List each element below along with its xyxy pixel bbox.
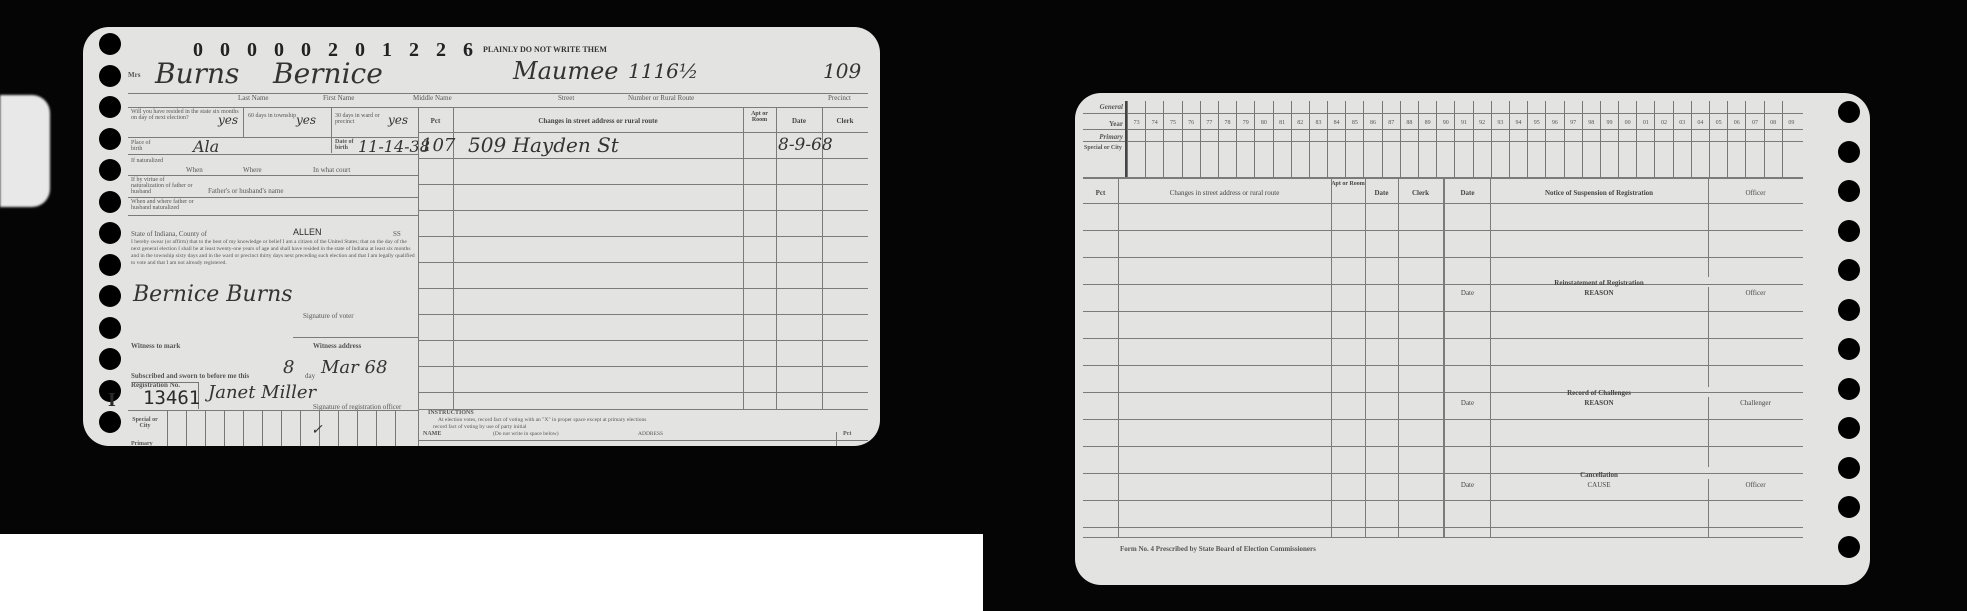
year-column: 88 [1400, 101, 1418, 177]
year-label: 09 [1783, 120, 1800, 126]
year-column: 71 [376, 410, 395, 446]
year-column: 01 [1636, 101, 1654, 177]
county-value: ALLEN [293, 227, 322, 237]
year-column: 84 [1327, 101, 1345, 177]
year-label: 93 [1492, 120, 1509, 126]
year-column: 03 [1673, 101, 1691, 177]
registration-number: 13461 [143, 387, 200, 409]
table-row-line [1083, 365, 1803, 366]
year-label: 76 [1183, 120, 1200, 126]
street-label: Street [558, 94, 574, 102]
year-column: 72 [395, 410, 414, 446]
witness-mark-label: Witness to mark [131, 342, 180, 350]
year-label: 03 [1674, 120, 1691, 126]
punch-hole [1838, 101, 1860, 123]
back-header-pct: Pct [1083, 189, 1118, 197]
changes-header-pct: Pct [418, 117, 453, 125]
year-label: 92 [1474, 120, 1491, 126]
grid-label-general-back: General [1083, 103, 1123, 111]
witness-address-label: Witness address [313, 342, 361, 350]
punch-hole [99, 317, 121, 339]
grid-label-special-back: Special or City [1083, 145, 1123, 151]
year-label: 06 [1728, 120, 1745, 126]
year-column: 82 [1291, 101, 1309, 177]
title-prefix: Mrs [128, 71, 140, 79]
year-label: 07 [1746, 120, 1763, 126]
reinstatement-header-officer: Officer [1708, 289, 1803, 297]
year-column: 00 [1618, 101, 1636, 177]
year-label: 87 [1383, 120, 1400, 126]
punch-hole [1838, 457, 1860, 479]
challenges-header-date: Date [1445, 399, 1490, 407]
year-label: 05 [1710, 120, 1727, 126]
cancellation-header-officer: Officer [1708, 481, 1803, 489]
year-label: 83 [1310, 120, 1327, 126]
year-column: 98 [1582, 101, 1600, 177]
year-column: 65 [262, 410, 281, 446]
primary-mark: ✓ [311, 422, 323, 438]
changes-header-date: Date [776, 117, 822, 125]
table-row-line [1083, 527, 1803, 528]
subscribed-label: Subscribed and sworn to before me this [131, 372, 249, 380]
year-column: 62 [205, 410, 224, 446]
first-name-label: First Name [323, 94, 354, 102]
table-row-line [1083, 257, 1803, 258]
table-row-line [1083, 500, 1803, 501]
day-label: day [305, 372, 315, 380]
year-label: 74 [1146, 120, 1163, 126]
place-of-birth-label: Place of birth [131, 140, 161, 152]
year-column: 08 [1764, 101, 1782, 177]
punch-hole [99, 159, 121, 181]
resided-township-value: yes [296, 113, 316, 127]
year-column: 90 [1436, 101, 1454, 177]
table-row-line [418, 210, 868, 211]
year-label: 98 [1583, 120, 1600, 126]
year-column: 92 [1473, 101, 1491, 177]
punch-hole [99, 33, 121, 55]
when-label: When [186, 166, 203, 174]
registration-card-back: General Year Primary Special or City 737… [1075, 93, 1870, 585]
table-row-line [418, 314, 868, 315]
officer-signature: Janet Miller [208, 382, 316, 403]
reinstatement-header-date: Date [1445, 289, 1490, 297]
year-label: 89 [1419, 120, 1436, 126]
punch-hole [1838, 536, 1860, 558]
year-column: 87 [1382, 101, 1400, 177]
county-line-label: State of Indiana, County of [131, 230, 207, 238]
reinstatement-title: Reinstatement of Registration [1490, 279, 1708, 287]
form-footer: Form No. 4 Prescribed by State Board of … [1120, 545, 1316, 553]
resided-state-value: yes [218, 113, 238, 127]
precinct-value: 109 [823, 59, 861, 83]
changes-header-address: Changes in street address or rural route [453, 117, 743, 125]
year-column: 80 [1254, 101, 1272, 177]
where-label: Where [243, 166, 262, 174]
year-label: 91 [1455, 120, 1472, 126]
year-label: 97 [1565, 120, 1582, 126]
signature-voter-label: Signature of voter [303, 312, 354, 320]
subscribed-day-value: 8 [283, 357, 294, 378]
year-column: 07 [1745, 101, 1763, 177]
header-notice: PLAINLY DO NOT WRITE THEM [483, 45, 607, 54]
year-column: 66 [281, 410, 300, 446]
year-label: 75 [1164, 120, 1181, 126]
address-label: ADDRESS [638, 431, 663, 437]
change-date-value: 8-9-68 [778, 135, 833, 155]
year-column: 76 [1182, 101, 1200, 177]
table-row-line [1083, 338, 1803, 339]
challenges-header-reason: REASON [1490, 399, 1708, 407]
year-column: 83 [1309, 101, 1327, 177]
year-column: 85 [1345, 101, 1363, 177]
table-row-line [418, 288, 868, 289]
year-column: 95 [1527, 101, 1545, 177]
resided-ward-label: 30 days in ward or precinct [335, 113, 395, 125]
when-where-father-label: When and where father or husband natural… [131, 199, 206, 211]
table-row-line [1083, 230, 1803, 231]
year-label: 77 [1201, 120, 1218, 126]
table-row-line [1083, 419, 1803, 420]
voter-signature: Bernice Burns [133, 282, 293, 307]
instructions-title: INSTRUCTIONS [428, 410, 474, 416]
year-column: 63 [224, 410, 243, 446]
year-label: 08 [1765, 120, 1782, 126]
punch-hole [1838, 220, 1860, 242]
number-value: 1116½ [628, 59, 698, 83]
table-row-line [418, 340, 868, 341]
year-column: 09 [1782, 101, 1800, 177]
year-column: 69 [338, 410, 357, 446]
middle-name-label: Middle Name [413, 94, 452, 102]
table-row-line [418, 262, 868, 263]
year-column: 81 [1273, 101, 1291, 177]
year-label: 99 [1601, 120, 1618, 126]
year-label: 90 [1437, 120, 1454, 126]
punch-hole [99, 285, 121, 307]
instructions-line2: record fact of voting by use of party in… [433, 424, 526, 430]
last-name-value: Burns [155, 57, 239, 90]
year-label: 81 [1274, 120, 1291, 126]
punch-hole [99, 348, 121, 370]
punch-hole [99, 254, 121, 276]
year-label: 86 [1364, 120, 1381, 126]
grid-label-year-back: Year [1083, 120, 1123, 128]
punch-hole [1838, 259, 1860, 281]
change-address-value: 509 Hayden St [468, 133, 619, 157]
table-row-line [1083, 311, 1803, 312]
year-column: 75 [1163, 101, 1181, 177]
table-row-line [418, 184, 868, 185]
oath-text: I hereby swear (or affirm) that to the b… [131, 239, 416, 267]
naturalized-label: If naturalized [131, 158, 176, 164]
table-row-line [1083, 446, 1803, 447]
punch-hole [1838, 180, 1860, 202]
year-column: 05 [1709, 101, 1727, 177]
scan-artifact [0, 95, 50, 207]
year-column: 04 [1691, 101, 1709, 177]
table-row-line [418, 392, 868, 393]
punch-hole [99, 96, 121, 118]
change-pct-value: 107 [421, 135, 455, 156]
year-column: 73 [1127, 101, 1145, 177]
table-row-line [1083, 203, 1803, 204]
year-column: 79 [1236, 101, 1254, 177]
year-label: 94 [1510, 120, 1527, 126]
resided-ward-value: yes [388, 113, 408, 127]
no-write-label: (Do not write in space below) [493, 431, 559, 437]
table-row-line [418, 158, 868, 159]
back-header-clerk: Clerk [1398, 189, 1443, 197]
first-name-value: Bernice [273, 57, 383, 90]
table-row-line [418, 366, 868, 367]
grid-label-primary-back: Primary [1083, 133, 1123, 141]
changes-header-clerk: Clerk [822, 117, 868, 125]
reinstatement-header-reason: REASON [1490, 289, 1708, 297]
year-column: 94 [1509, 101, 1527, 177]
vote-grid-front: 60616263646566676869707172 [167, 410, 414, 446]
year-label: 84 [1328, 120, 1345, 126]
subscribed-month-year: Mar 68 [321, 357, 387, 378]
cancellation-header-date: Date [1445, 481, 1490, 489]
year-label: 96 [1546, 120, 1563, 126]
year-column: 02 [1654, 101, 1672, 177]
grid-label-special: Special or City [131, 417, 159, 429]
year-column: 64 [243, 410, 262, 446]
cancellation-header-cause: CAUSE [1490, 481, 1708, 489]
street-value: Maumee [513, 57, 619, 85]
table-row-line [418, 236, 868, 237]
year-column: 70 [357, 410, 376, 446]
suspension-header-date: Date [1445, 189, 1490, 197]
year-column: 99 [1600, 101, 1618, 177]
father-husband-label: If by virtue of naturalization of father… [131, 177, 196, 195]
year-column: 77 [1200, 101, 1218, 177]
number-label: Number or Rural Route [628, 94, 694, 102]
year-label: 00 [1619, 120, 1636, 126]
instructions-line1: At election votes, record fact of voting… [438, 417, 868, 423]
punch-hole [99, 222, 121, 244]
punch-hole [1838, 417, 1860, 439]
year-column: 89 [1418, 101, 1436, 177]
back-header-address: Changes in street address or rural route [1118, 189, 1331, 197]
punch-hole [99, 191, 121, 213]
back-header-date: Date [1365, 189, 1398, 197]
series-letter: I [108, 389, 116, 412]
punch-hole [1838, 299, 1860, 321]
year-label: 78 [1219, 120, 1236, 126]
punch-hole [99, 65, 121, 87]
year-label: 01 [1637, 120, 1654, 126]
punch-hole [1838, 141, 1860, 163]
punch-hole [99, 411, 121, 433]
punch-hole [1838, 496, 1860, 518]
year-label: 82 [1292, 120, 1309, 126]
year-label: 79 [1237, 120, 1254, 126]
registration-card-front: 0 0 0 0 0 2 0 1 2 2 6 PLAINLY DO NOT WRI… [83, 27, 880, 446]
year-label: 85 [1346, 120, 1363, 126]
year-column: 60 [167, 410, 186, 446]
punch-hole [99, 128, 121, 150]
year-column: 78 [1218, 101, 1236, 177]
suspension-header-notice: Notice of Suspension of Registration [1490, 189, 1708, 197]
year-column: 74 [1145, 101, 1163, 177]
year-column: 91 [1454, 101, 1472, 177]
court-label: In what court [313, 166, 350, 174]
year-label: 02 [1655, 120, 1672, 126]
last-name-label: Last Name [238, 94, 269, 102]
name-label: NAME [423, 431, 441, 437]
year-label: 95 [1528, 120, 1545, 126]
vote-grid-back: 7374757677787980818283848586878889909192… [1125, 101, 1800, 177]
year-column: 93 [1491, 101, 1509, 177]
pct-label: Pct [843, 431, 851, 437]
year-column: 97 [1564, 101, 1582, 177]
cancellation-title: Cancellation [1490, 471, 1708, 479]
year-label: 88 [1401, 120, 1418, 126]
ss-label: SS [393, 230, 401, 238]
punch-hole [1838, 338, 1860, 360]
blank-region [0, 534, 983, 611]
back-header-apt: Apt or Room [1331, 181, 1365, 187]
year-column: 06 [1727, 101, 1745, 177]
year-label: 80 [1255, 120, 1272, 126]
father-husband-name-label: Father's or husband's name [208, 187, 283, 195]
grid-label-primary: Primary [131, 441, 153, 446]
precinct-label: Precinct [828, 94, 851, 102]
suspension-header-officer: Officer [1708, 189, 1803, 197]
year-column: 96 [1545, 101, 1563, 177]
punch-hole [1838, 378, 1860, 400]
challenges-header-challenger: Challenger [1708, 399, 1803, 407]
date-of-birth-label: Date of birth [335, 139, 357, 151]
year-column: 61 [186, 410, 205, 446]
changes-header-apt: Apt or Room [743, 111, 776, 123]
year-label: 73 [1128, 120, 1145, 126]
year-column: 86 [1363, 101, 1381, 177]
year-label: 04 [1692, 120, 1709, 126]
challenges-title: Record of Challenges [1490, 389, 1708, 397]
